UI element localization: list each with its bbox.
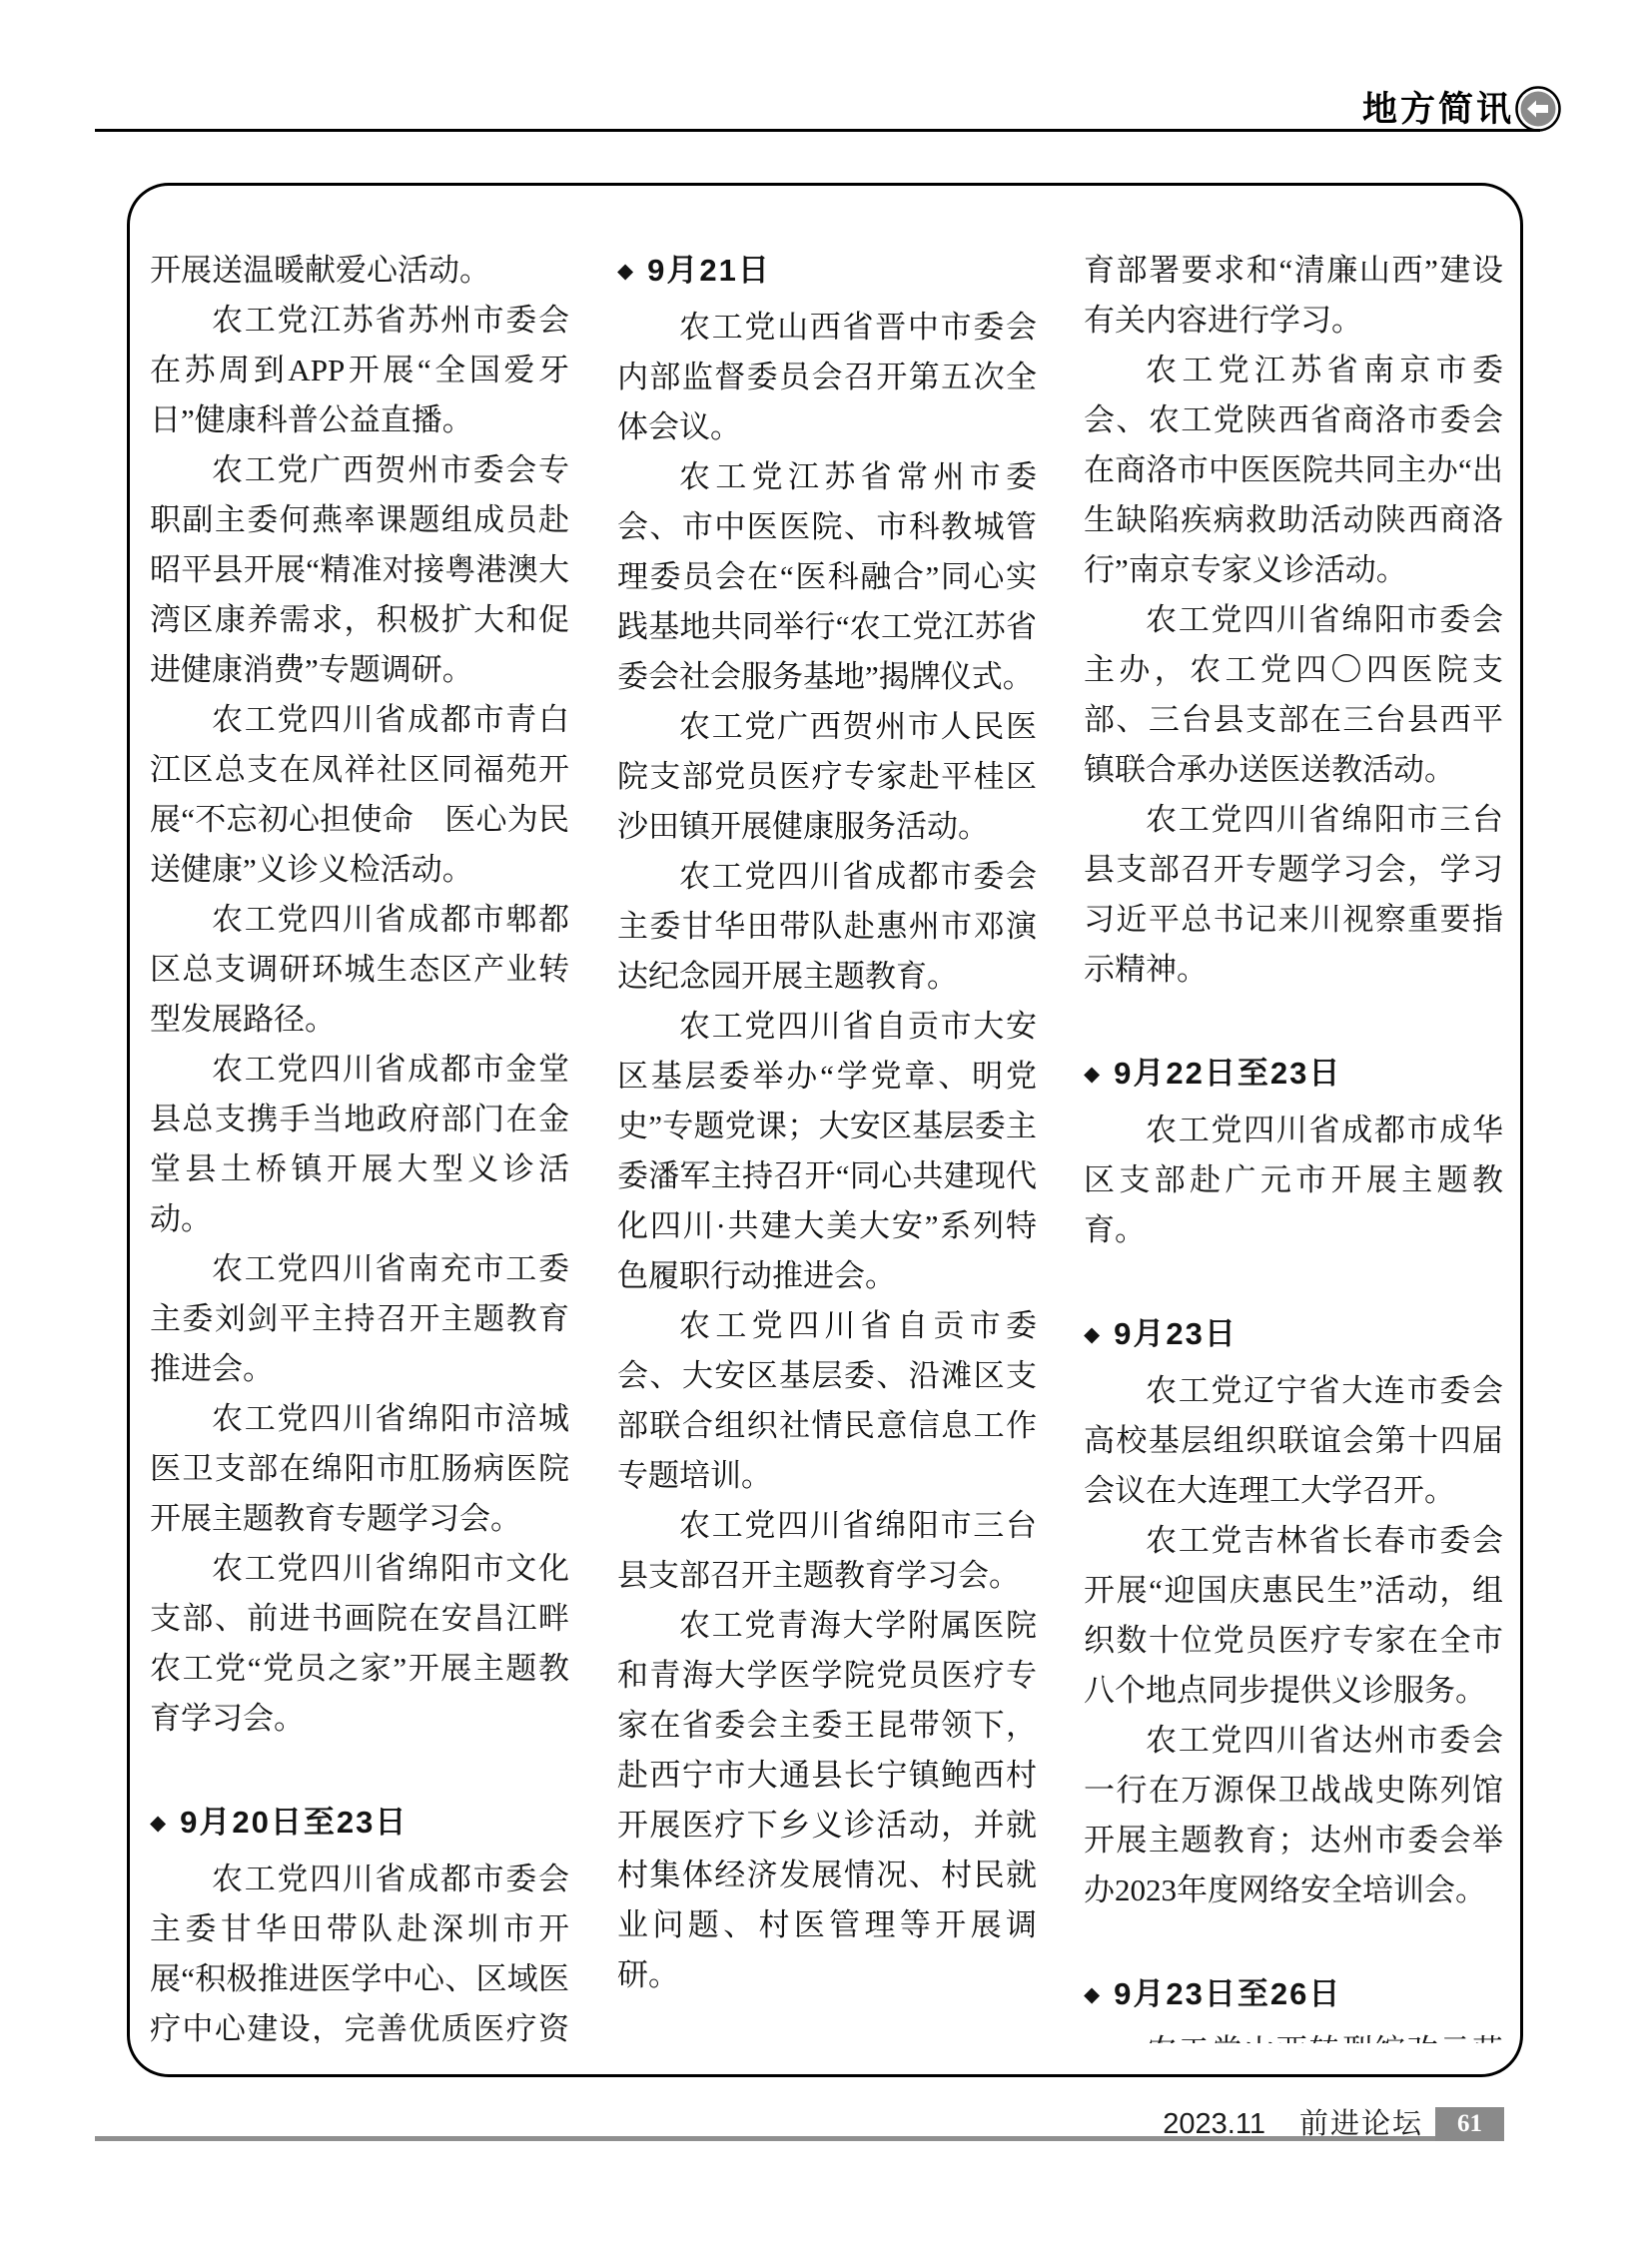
diamond-icon: ◆ xyxy=(150,1812,166,1835)
news-paragraph: 农工党山西省晋中市委会内部监督委员会召开第五次全体会议。 xyxy=(617,303,1037,452)
news-paragraph: 农工党江苏省南京市委会、农工党陕西省商洛市委会在商洛市中医医院共同主办“出生缺陷… xyxy=(1084,346,1503,595)
diamond-icon: ◆ xyxy=(1084,1063,1100,1086)
date-heading-label: 9月23日 xyxy=(1114,1316,1238,1351)
news-paragraph: 农工党江苏省常州市委会、市中医医院、市科教城管理委员会在“医科融合”同心实践基地… xyxy=(617,452,1037,702)
news-paragraph: 农工党四川省成都市成华区支部赴广元市开展主题教育。 xyxy=(1084,1106,1503,1255)
news-paragraph: 农工党广西贺州市委会专职副主委何燕率课题组成员赴昭平县开展“精准对接粤港澳大湾区… xyxy=(150,445,569,695)
footer-rule xyxy=(95,2136,1435,2141)
diamond-icon: ◆ xyxy=(617,260,633,283)
date-heading: ◆9月23日 xyxy=(1084,1309,1503,1360)
news-paragraph: 农工党青海大学附属医院和青海大学医学院党员医疗专家在省委会主委王昆带领下，赴西宁… xyxy=(617,1601,1037,2000)
news-paragraph: 农工党辽宁省大连市委会高校基层组织联谊会第十四届会议在大连理工大学召开。 xyxy=(1084,1366,1503,1516)
news-paragraph: 农工党四川省成都市郫都区总支调研环城生态区产业转型发展路径。 xyxy=(150,895,569,1045)
news-paragraph: 农工党四川省绵阳市三台县支部召开专题学习会，学习习近平总书记来川视察重要指示精神… xyxy=(1084,795,1503,995)
news-paragraph: 农工党四川省南充市工委主委刘剑平主持召开主题教育推进会。 xyxy=(150,1244,569,1394)
date-heading: ◆9月23日至26日 xyxy=(1084,1969,1503,2020)
diamond-icon: ◆ xyxy=(1084,1323,1100,1346)
news-paragraph: 农工党广西贺州市人民医院支部党员医疗专家赴平桂区沙田镇开展健康服务活动。 xyxy=(617,702,1037,852)
news-paragraph: 农工党江苏省苏州市委会在苏周到APP开展“全国爱牙日”健康科普公益直播。 xyxy=(150,296,569,445)
news-paragraph: 农工党四川省自贡市委会、大安区基层委、沿滩区支部联合组织社情民意信息工作专题培训… xyxy=(617,1301,1037,1501)
news-paragraph: 农工党四川省绵阳市三台县支部召开主题教育学习会。 xyxy=(617,1501,1037,1601)
news-paragraph: 农工党山西转型综改示范区支部赴海南开展考察交流活动。 xyxy=(1084,2026,1503,2043)
news-paragraph: 农工党四川省达州市委会一行在万源保卫战战史陈列馆开展主题教育；达州市委会举办20… xyxy=(1084,1716,1503,1915)
news-paragraph: 农工党四川省绵阳市涪城医卫支部在绵阳市肛肠病医院开展主题教育专题学习会。 xyxy=(150,1394,569,1544)
news-paragraph: 农工党吉林省长春市委会开展“迎国庆惠民生”活动，组织数十位党员医疗专家在全市八个… xyxy=(1084,1516,1503,1716)
date-heading: ◆9月20日至23日 xyxy=(150,1798,569,1849)
news-column-2: ◆9月21日农工党山西省晋中市委会内部监督委员会召开第五次全体会议。农工党江苏省… xyxy=(617,246,1037,2043)
date-heading-label: 9月21日 xyxy=(647,253,771,288)
date-heading-label: 9月22日至23日 xyxy=(1114,1056,1341,1091)
news-paragraph: 农工党四川省成都市青白江区总支在凤祥社区同福苑开展“不忘初心担使命 医心为民送健… xyxy=(150,695,569,895)
magazine-page: 地方简讯 开展送温暖献爱心活动。农工党江苏省苏州市委会在苏周到APP开展“全国爱… xyxy=(0,0,1652,2242)
section-title: 地方简讯 xyxy=(1362,82,1514,132)
news-paragraph: 开展送温暖献爱心活动。 xyxy=(150,246,569,296)
date-heading: ◆9月21日 xyxy=(617,246,1037,297)
news-paragraph: 农工党四川省成都市委会主委甘华田带队赴深圳市开展“积极推进医学中心、区域医疗中心… xyxy=(150,1855,569,2043)
date-heading-label: 9月23日至26日 xyxy=(1114,1976,1341,2011)
page-number-badge: 61 xyxy=(1435,2107,1504,2141)
news-column-1: 开展送温暖献爱心活动。农工党江苏省苏州市委会在苏周到APP开展“全国爱牙日”健康… xyxy=(150,246,569,2043)
diamond-icon: ◆ xyxy=(1084,1983,1100,2006)
news-paragraph: 农工党四川省成都市金堂县总支携手当地政府部门在金堂县土桥镇开展大型义诊活动。 xyxy=(150,1045,569,1244)
header-rule xyxy=(95,129,1540,132)
news-paragraph: 农工党四川省绵阳市文化支部、前进书画院在安昌江畔农工党“党员之家”开展主题教育学… xyxy=(150,1544,569,1744)
news-paragraph: 农工党四川省绵阳市委会主办，农工党四〇四医院支部、三台县支部在三台县西平镇联合承… xyxy=(1084,595,1503,795)
news-paragraph: 农工党四川省自贡市大安区基层委举办“学党章、明党史”专题党课；大安区基层委主委潘… xyxy=(617,1002,1037,1301)
news-paragraph: 农工党四川省成都市委会主委甘华田带队赴惠州市邓演达纪念园开展主题教育。 xyxy=(617,852,1037,1002)
news-column-3: 育部署要求和“清廉山西”建设有关内容进行学习。农工党江苏省南京市委会、农工党陕西… xyxy=(1084,246,1503,2043)
news-paragraph: 育部署要求和“清廉山西”建设有关内容进行学习。 xyxy=(1084,246,1503,346)
circle-arrow-left-icon xyxy=(1514,85,1562,133)
date-heading-label: 9月20日至23日 xyxy=(180,1805,408,1840)
date-heading: ◆9月22日至23日 xyxy=(1084,1049,1503,1100)
